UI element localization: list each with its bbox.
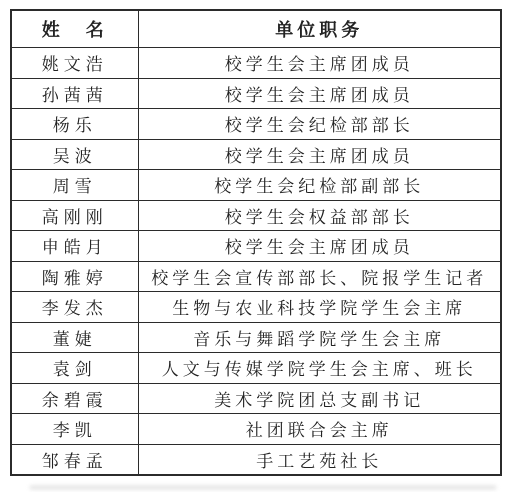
cell-name: 周雪 bbox=[11, 170, 138, 201]
table-row: 周雪校学生会纪检部副部长 bbox=[11, 170, 501, 201]
cell-position: 社团联合会主席 bbox=[138, 414, 501, 445]
cell-position: 校学生会主席团成员 bbox=[138, 78, 501, 109]
table-row: 邹春孟手工艺苑社长 bbox=[11, 444, 501, 475]
table-row: 孙茜茜校学生会主席团成员 bbox=[11, 78, 501, 109]
cell-position: 生物与农业科技学院学生会主席 bbox=[138, 292, 501, 323]
cell-name: 李发杰 bbox=[11, 292, 138, 323]
table-row: 董婕音乐与舞蹈学院学生会主席 bbox=[11, 322, 501, 353]
table-header-row: 姓 名 单位职务 bbox=[11, 10, 501, 48]
cell-position: 手工艺苑社长 bbox=[138, 444, 501, 475]
cell-position: 校学生会主席团成员 bbox=[138, 139, 501, 170]
cell-name: 邹春孟 bbox=[11, 444, 138, 475]
table-row: 申皓月校学生会主席团成员 bbox=[11, 231, 501, 262]
header-name: 姓 名 bbox=[11, 10, 138, 48]
table-row: 杨乐校学生会纪检部部长 bbox=[11, 109, 501, 140]
header-position: 单位职务 bbox=[138, 10, 501, 48]
cell-name: 李凯 bbox=[11, 414, 138, 445]
table-row: 李发杰生物与农业科技学院学生会主席 bbox=[11, 292, 501, 323]
cell-position: 校学生会主席团成员 bbox=[138, 231, 501, 262]
cell-position: 校学生会纪检部部长 bbox=[138, 109, 501, 140]
cell-position: 美术学院团总支副书记 bbox=[138, 383, 501, 414]
cell-name: 高刚刚 bbox=[11, 200, 138, 231]
cell-position: 校学生会主席团成员 bbox=[138, 48, 501, 79]
cell-name: 余碧霞 bbox=[11, 383, 138, 414]
table-shadow bbox=[30, 486, 496, 489]
cell-name: 申皓月 bbox=[11, 231, 138, 262]
cell-name: 姚文浩 bbox=[11, 48, 138, 79]
cell-position: 人文与传媒学院学生会主席、班长 bbox=[138, 353, 501, 384]
cell-name: 杨乐 bbox=[11, 109, 138, 140]
cell-position: 校学生会纪检部副部长 bbox=[138, 170, 501, 201]
table-row: 姚文浩校学生会主席团成员 bbox=[11, 48, 501, 79]
cell-name: 袁剑 bbox=[11, 353, 138, 384]
table-body: 姚文浩校学生会主席团成员孙茜茜校学生会主席团成员杨乐校学生会纪检部部长吴波校学生… bbox=[11, 48, 501, 476]
cell-name: 陶雅婷 bbox=[11, 261, 138, 292]
cell-name: 孙茜茜 bbox=[11, 78, 138, 109]
table-row: 陶雅婷校学生会宣传部部长、院报学生记者 bbox=[11, 261, 501, 292]
cell-position: 音乐与舞蹈学院学生会主席 bbox=[138, 322, 501, 353]
table-row: 李凯社团联合会主席 bbox=[11, 414, 501, 445]
cell-name: 董婕 bbox=[11, 322, 138, 353]
cell-position: 校学生会宣传部部长、院报学生记者 bbox=[138, 261, 501, 292]
table-row: 高刚刚校学生会权益部部长 bbox=[11, 200, 501, 231]
table-row: 吴波校学生会主席团成员 bbox=[11, 139, 501, 170]
table-row: 袁剑人文与传媒学院学生会主席、班长 bbox=[11, 353, 501, 384]
cell-name: 吴波 bbox=[11, 139, 138, 170]
cell-position: 校学生会权益部部长 bbox=[138, 200, 501, 231]
table-row: 余碧霞美术学院团总支副书记 bbox=[11, 383, 501, 414]
page: 姓 名 单位职务 姚文浩校学生会主席团成员孙茜茜校学生会主席团成员杨乐校学生会纪… bbox=[0, 0, 510, 492]
roster-table: 姓 名 单位职务 姚文浩校学生会主席团成员孙茜茜校学生会主席团成员杨乐校学生会纪… bbox=[10, 9, 502, 476]
